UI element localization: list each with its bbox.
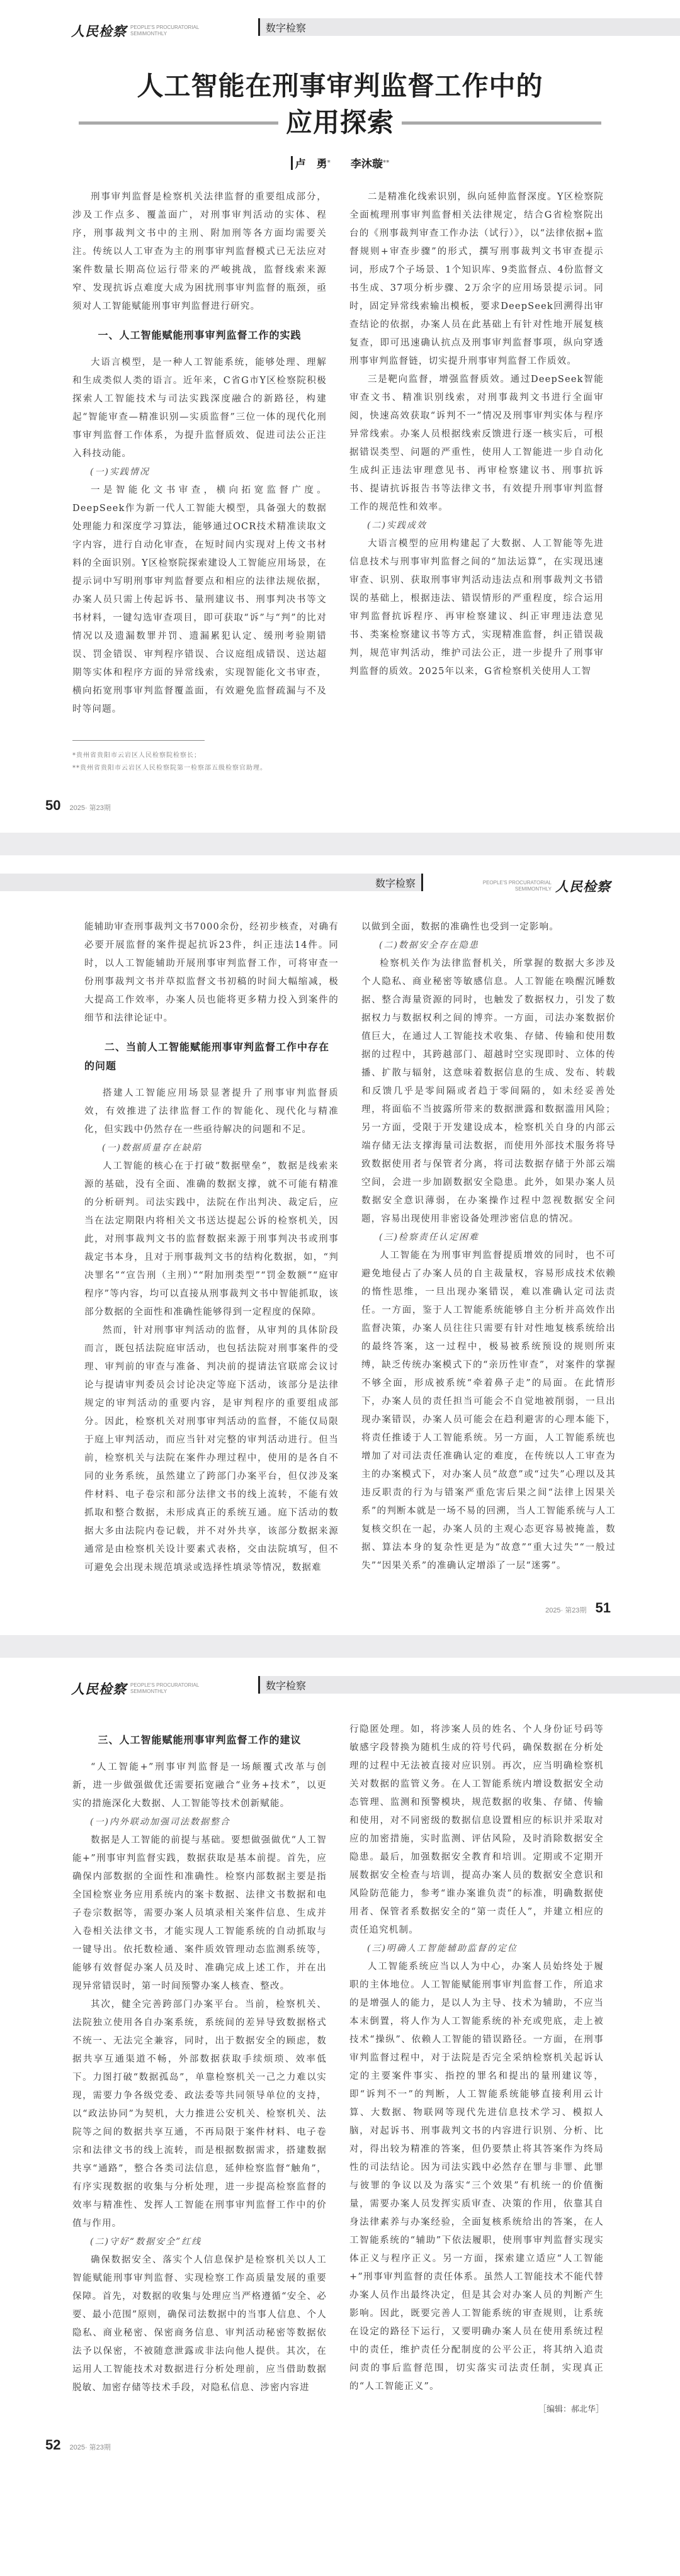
section-heading: 一、人工智能赋能刑事审判监督工作的实践 [72, 326, 327, 345]
issue-label: 2025· 第23期 [69, 2442, 110, 2452]
paragraph: 一是智能化文书审查，横向拓宽监督广度。DeepSeek作为新一代人工智能大模型，… [72, 481, 327, 719]
title-rule-right [402, 121, 601, 125]
page-separator [0, 1635, 680, 1658]
logo-en: PEOPLE'S PROCURATORIAL SEMIMONTHLY [130, 25, 199, 37]
section-heading: 三、人工智能赋能刑事审判监督工作的建议 [72, 1731, 327, 1750]
paragraph: 刑事审判监督是检察机关法律监督的重要组成部分，涉及工作点多、覆盖面广，对刑事审判… [72, 188, 327, 316]
issue-label: 2025· 第23期 [545, 1605, 586, 1615]
section-label: 数字检察 [258, 1676, 680, 1694]
page-number: 51 [596, 1600, 611, 1616]
title-rule-left [79, 121, 278, 125]
column-left: 三、人工智能赋能刑事审判监督工作的建议 “人工智能+”刑事审判监督是一场颠覆式改… [72, 1721, 327, 2414]
column-left: 刑事审判监督是检察机关法律监督的重要组成部分，涉及工作点多、覆盖面广，对刑事审判… [72, 188, 327, 775]
section-tick [258, 1676, 260, 1694]
paragraph: 然而，针对刑事审判活动的监督，从审判的具体阶段而言，既包括法院庭审活动，也包括法… [84, 1322, 339, 1577]
footnote-divider [72, 740, 205, 741]
running-header: 人民检察 PEOPLE'S PROCURATORIAL SEMIMONTHLY … [0, 1658, 680, 1721]
paragraph: 以做到全面，数据的准确性也受到一定影响。 [361, 918, 616, 936]
section-label: 数字检察 [0, 874, 423, 891]
body-columns: 三、人工智能赋能刑事审判监督工作的建议 “人工智能+”刑事审判监督是一场颠覆式改… [0, 1721, 680, 2414]
subsection-heading: (一)实践情况 [72, 463, 327, 481]
page-footer: 2025· 第23期 51 [0, 1600, 680, 1635]
paragraph: 行隐匿处理。如，将涉案人员的姓名、个人身份证号码等敏感字段替换为随机生成的符号代… [349, 1721, 604, 1940]
title-line-1: 人工智能在刑事审判监督工作中的 [0, 68, 680, 104]
byline-bar [291, 156, 293, 170]
paragraph: 确保数据安全、落实个人信息保护是检察机关以人工智能赋能刑事审判监督、实现检察工作… [72, 2251, 327, 2397]
subsection-heading: (一)内外联动加强司法数据整合 [72, 1813, 327, 1831]
paragraph: 数据是人工智能的前提与基础。要想做强做优“人工智能+”刑事审判监督实践，数据获取… [72, 1831, 327, 1996]
paragraph: 能辅助审查刑事裁判文书7000余份，经初步核查，对确有必要开展监督的案件提起抗诉… [84, 918, 339, 1028]
page-51: 数字检察 PEOPLE'S PROCURATORIAL SEMIMONTHLY … [0, 855, 680, 1635]
subsection-heading: (三)检察责任认定困难 [361, 1229, 616, 1247]
running-header: 数字检察 PEOPLE'S PROCURATORIAL SEMIMONTHLY … [0, 855, 680, 918]
title-line-2: 应用探索 [286, 104, 394, 141]
body-columns: 能辅助审查刑事裁判文书7000余份，经初步核查，对确有必要开展监督的案件提起抗诉… [0, 918, 680, 1577]
issue-label: 2025· 第23期 [69, 802, 110, 813]
page-footer: 52 2025· 第23期 [0, 2437, 680, 2472]
author-2: 李沐璇** [351, 155, 389, 171]
section-heading: 二、当前人工智能赋能刑事审判监督工作中存在的问题 [84, 1038, 339, 1076]
column-right: 以做到全面，数据的准确性也受到一定影响。 (二)数据安全存在隐患 检察机关作为法… [361, 918, 616, 1577]
page-number: 52 [45, 2437, 60, 2453]
section-tick [421, 874, 423, 891]
paragraph: 大语言模型，是一种人工智能系统，能够处理、理解和生成类似人类的语言。近年来，C省… [72, 354, 327, 463]
body-columns: 刑事审判监督是检察机关法律监督的重要组成部分，涉及工作点多、覆盖面广，对刑事审判… [0, 188, 680, 775]
page-50: 人民检察 PEOPLE'S PROCURATORIAL SEMIMONTHLY … [0, 0, 680, 833]
paragraph: 人工智能系统应当以人为中心，办案人员始终处于履职的主体地位。人工智能赋能刑事审判… [349, 1958, 604, 2396]
logo-en: PEOPLE'S PROCURATORIAL SEMIMONTHLY [130, 1682, 199, 1695]
column-right: 行隐匿处理。如，将涉案人员的姓名、个人身份证号码等敏感字段替换为随机生成的符号代… [349, 1721, 604, 2414]
subsection-heading: (二)守好“数据安全”红线 [72, 2233, 327, 2251]
page-number: 50 [45, 797, 60, 814]
author-1: 卢 勇* [291, 155, 331, 171]
editor-credit: ［编辑：郝北华］ [349, 2402, 604, 2414]
subsection-heading: (三)明确人工智能辅助监督的定位 [349, 1940, 604, 1958]
byline: 卢 勇* 李沐璇** [0, 155, 680, 171]
paragraph: 三是靶向监督，增强监督质效。通过DeepSeek智能审查文书、精准识别线索，对刑… [349, 371, 604, 517]
footnote-2: **贵州省贵阳市云岩区人民检察院第一检察部五级检察官助理。 [72, 762, 327, 775]
logo-cn: 人民检察 [71, 21, 127, 40]
column-left: 能辅助审查刑事裁判文书7000余份，经初步核查，对确有必要开展监督的案件提起抗诉… [84, 918, 339, 1577]
footnote-1: *贵州省贵阳市云岩区人民检察院检察长； [72, 750, 327, 762]
subsection-heading: (二)数据安全存在隐患 [361, 936, 616, 955]
article-title: 人工智能在刑事审判监督工作中的 应用探索 [0, 63, 680, 141]
paragraph: 人工智能的核心在于打破“数据壁垒”，数据是线索来源的基础，没有全面、准确的数据支… [84, 1157, 339, 1322]
subsection-heading: (二)实践成效 [349, 517, 604, 535]
section-tick [258, 18, 260, 36]
masthead-logo: PEOPLE'S PROCURATORIAL SEMIMONTHLY 人民检察 [483, 877, 611, 896]
paragraph: 检察机关作为法律监督机关，所掌握的数据大多涉及个人隐私、商业秘密等敏感信息。人工… [361, 955, 616, 1229]
logo-en: PEOPLE'S PROCURATORIAL SEMIMONTHLY [483, 880, 552, 892]
paragraph: 大语言模型的应用构建起了大数据、人工智能等先进信息技术与刑事审判监督之间的“加法… [349, 535, 604, 681]
running-header: 人民检察 PEOPLE'S PROCURATORIAL SEMIMONTHLY … [0, 0, 680, 63]
page-footer: 50 2025· 第23期 [0, 797, 680, 833]
page-separator [0, 833, 680, 855]
paragraph: 人工智能在为刑事审判监督提质增效的同时，也不可避免地侵占了办案人员的自主裁量权，… [361, 1247, 616, 1575]
paragraph: 其次，健全完善跨部门办案平台。当前，检察机关、法院独立使用各自办案系统，系统间的… [72, 1996, 327, 2233]
paragraph: “人工智能+”刑事审判监督是一场颠覆式改革与创新，进一步做强做优还需要拓宽融合“… [72, 1758, 327, 1813]
column-right: 二是精准化线索识别，纵向延伸监督深度。Y区检察院全面梳理刑事审判监督相关法律规定… [349, 188, 604, 775]
paragraph: 搭建人工智能应用场景显著提升了刑事审判监督质效，有效推进了法律监督工作的智能化、… [84, 1084, 339, 1139]
section-label: 数字检察 [258, 18, 680, 36]
logo-cn: 人民检察 [71, 1679, 127, 1698]
logo-cn: 人民检察 [555, 877, 611, 896]
masthead-logo: 人民检察 PEOPLE'S PROCURATORIAL SEMIMONTHLY [71, 21, 199, 40]
page-52: 人民检察 PEOPLE'S PROCURATORIAL SEMIMONTHLY … [0, 1658, 680, 2472]
subsection-heading: (一)数据质量存在缺陷 [84, 1139, 339, 1157]
masthead-logo: 人民检察 PEOPLE'S PROCURATORIAL SEMIMONTHLY [71, 1679, 199, 1698]
paragraph: 二是精准化线索识别，纵向延伸监督深度。Y区检察院全面梳理刑事审判监督相关法律规定… [349, 188, 604, 371]
